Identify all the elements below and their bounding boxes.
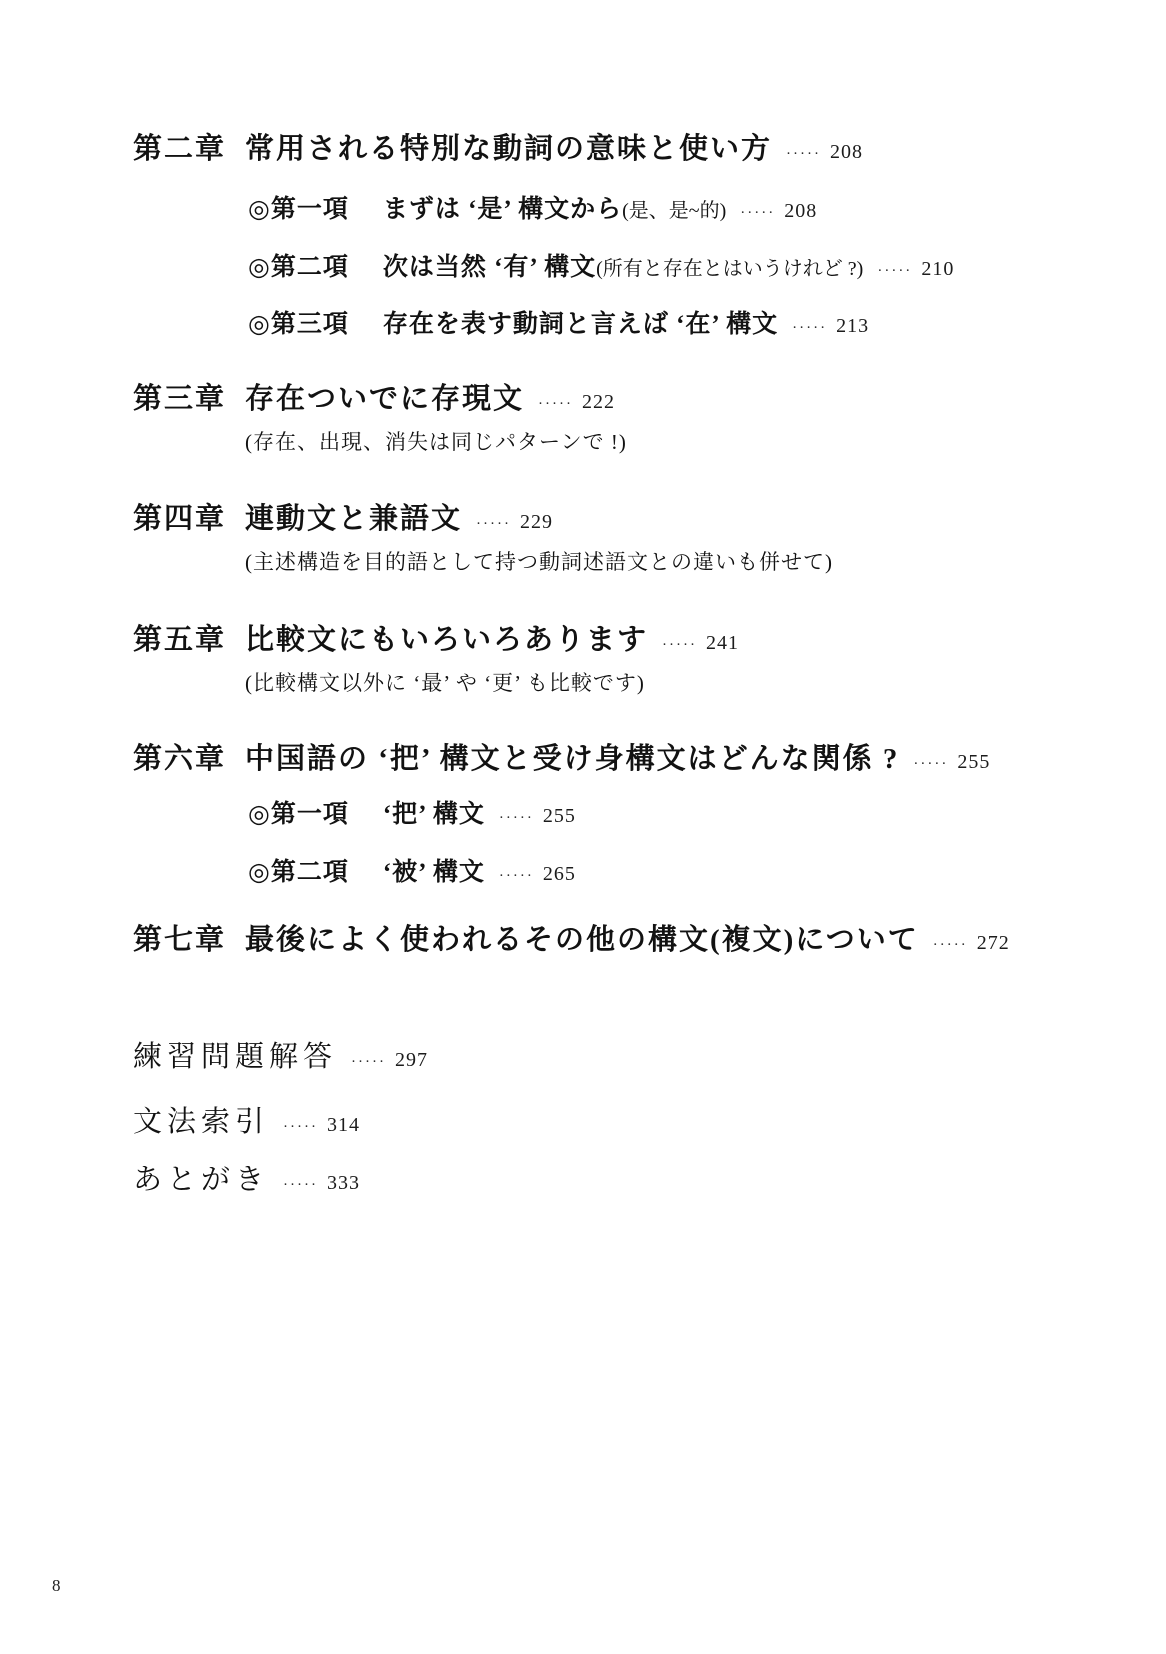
chapter-label: 第五章 — [133, 624, 245, 657]
section-title: 次は当然 ‘有’ 構文 — [383, 254, 596, 281]
page-ref: 208 — [830, 141, 863, 163]
page-ref: 241 — [706, 632, 739, 654]
backmatter-title: 文法索引 — [133, 1106, 269, 1138]
leader-dots: ····· — [786, 146, 821, 162]
page-ref: 213 — [836, 315, 869, 337]
chapter-label: 第二章 — [133, 133, 245, 166]
leader-dots: ····· — [283, 1177, 318, 1193]
toc-entry-ch6-sec2: ◎第二項‘被’ 構文·····265 — [248, 859, 576, 888]
toc-entry-ch2: 第二章常用される特別な動詞の意味と使い方·····208 — [133, 133, 863, 166]
leader-dots: ····· — [499, 868, 534, 884]
section-label: ◎第一項 — [248, 196, 349, 223]
toc-entry-ch2-sec2: ◎第二項次は当然 ‘有’ 構文(所有と存在とはいうけれど ?)·····210 — [248, 254, 954, 283]
leader-dots: ····· — [877, 263, 912, 279]
chapter-title: 連動文と兼語文 — [245, 503, 462, 535]
page-ref: 255 — [957, 751, 990, 773]
leader-dots: ····· — [913, 756, 948, 772]
toc-entry-ch4: 第四章連動文と兼語文·····229 — [133, 503, 553, 536]
section-label: ◎第二項 — [248, 254, 349, 281]
toc-note-ch4: (主述構造を目的語として持つ動詞述語文との違いも併せて) — [245, 550, 833, 574]
section-title: ‘被’ 構文 — [383, 859, 485, 886]
leader-dots: ····· — [351, 1054, 386, 1070]
toc-entry-ch5: 第五章比較文にもいろいろあります·····241 — [133, 624, 739, 657]
chapter-title: 常用される特別な動詞の意味と使い方 — [245, 133, 772, 165]
section-title: ‘把’ 構文 — [383, 801, 485, 828]
leader-dots: ····· — [476, 516, 511, 532]
toc-entry-ch6-sec1: ◎第一項‘把’ 構文·····255 — [248, 801, 576, 830]
toc-note-ch5: (比較構文以外に ‘最’ や ‘更’ も比較です) — [245, 671, 645, 695]
page-ref: 222 — [582, 391, 615, 413]
leader-dots: ····· — [792, 320, 827, 336]
toc-entry-ch3: 第三章存在ついでに存現文·····222 — [133, 383, 615, 416]
page-ref: 333 — [327, 1172, 360, 1194]
page-ref: 314 — [327, 1114, 360, 1136]
chapter-label: 第六章 — [133, 743, 245, 776]
toc-entry-ch6: 第六章中国語の ‘把’ 構文と受け身構文はどんな関係 ?·····255 — [133, 743, 990, 776]
chapter-label: 第四章 — [133, 503, 245, 536]
chapter-label: 第七章 — [133, 924, 245, 957]
page-ref: 255 — [543, 805, 576, 827]
section-title: まずは ‘是’ 構文から — [383, 196, 622, 223]
section-title: 存在を表す動詞と言えば ‘在’ 構文 — [383, 311, 778, 338]
toc-entry-afterword: あとがき·····333 — [133, 1164, 360, 1197]
book-toc-page: 第二章常用される特別な動詞の意味と使い方·····208 ◎第一項まずは ‘是’… — [0, 0, 1166, 1654]
backmatter-title: 練習問題解答 — [133, 1041, 337, 1073]
note-text: (主述構造を目的語として持つ動詞述語文との違いも併せて) — [245, 550, 833, 574]
toc-note-ch3: (存在、出現、消失は同じパターンで !) — [245, 430, 627, 454]
chapter-title: 中国語の ‘把’ 構文と受け身構文はどんな関係 ? — [245, 743, 899, 775]
page-ref: 210 — [921, 258, 954, 280]
section-label: ◎第二項 — [248, 859, 349, 886]
leader-dots: ····· — [283, 1119, 318, 1135]
chapter-title: 存在ついでに存現文 — [245, 383, 524, 415]
toc-entry-ch2-sec3: ◎第三項存在を表す動詞と言えば ‘在’ 構文·····213 — [248, 311, 869, 340]
page-ref: 272 — [977, 932, 1010, 954]
note-text: (存在、出現、消失は同じパターンで !) — [245, 430, 627, 454]
leader-dots: ····· — [538, 396, 573, 412]
chapter-title: 最後によく使われるその他の構文(複文)について — [245, 924, 919, 956]
page-number: 8 — [52, 1576, 61, 1596]
backmatter-title: あとがき — [133, 1164, 269, 1196]
leader-dots: ····· — [933, 937, 968, 953]
page-ref: 297 — [395, 1049, 428, 1071]
leader-dots: ····· — [662, 637, 697, 653]
page-ref: 208 — [784, 200, 817, 222]
toc-entry-answers: 練習問題解答·····297 — [133, 1041, 428, 1074]
leader-dots: ····· — [740, 205, 775, 221]
chapter-title: 比較文にもいろいろあります — [245, 624, 648, 656]
section-suffix: (是、是~的) — [622, 200, 726, 222]
page-ref: 229 — [520, 511, 553, 533]
section-label: ◎第三項 — [248, 311, 349, 338]
toc-entry-grammar-index: 文法索引·····314 — [133, 1106, 360, 1139]
chapter-label: 第三章 — [133, 383, 245, 416]
note-text: (比較構文以外に ‘最’ や ‘更’ も比較です) — [245, 671, 645, 695]
toc-entry-ch7: 第七章最後によく使われるその他の構文(複文)について·····272 — [133, 924, 1010, 957]
toc-entry-ch2-sec1: ◎第一項まずは ‘是’ 構文から(是、是~的)·····208 — [248, 196, 817, 225]
page-ref: 265 — [543, 863, 576, 885]
section-label: ◎第一項 — [248, 801, 349, 828]
section-suffix: (所有と存在とはいうけれど ?) — [596, 258, 863, 280]
leader-dots: ····· — [499, 810, 534, 826]
